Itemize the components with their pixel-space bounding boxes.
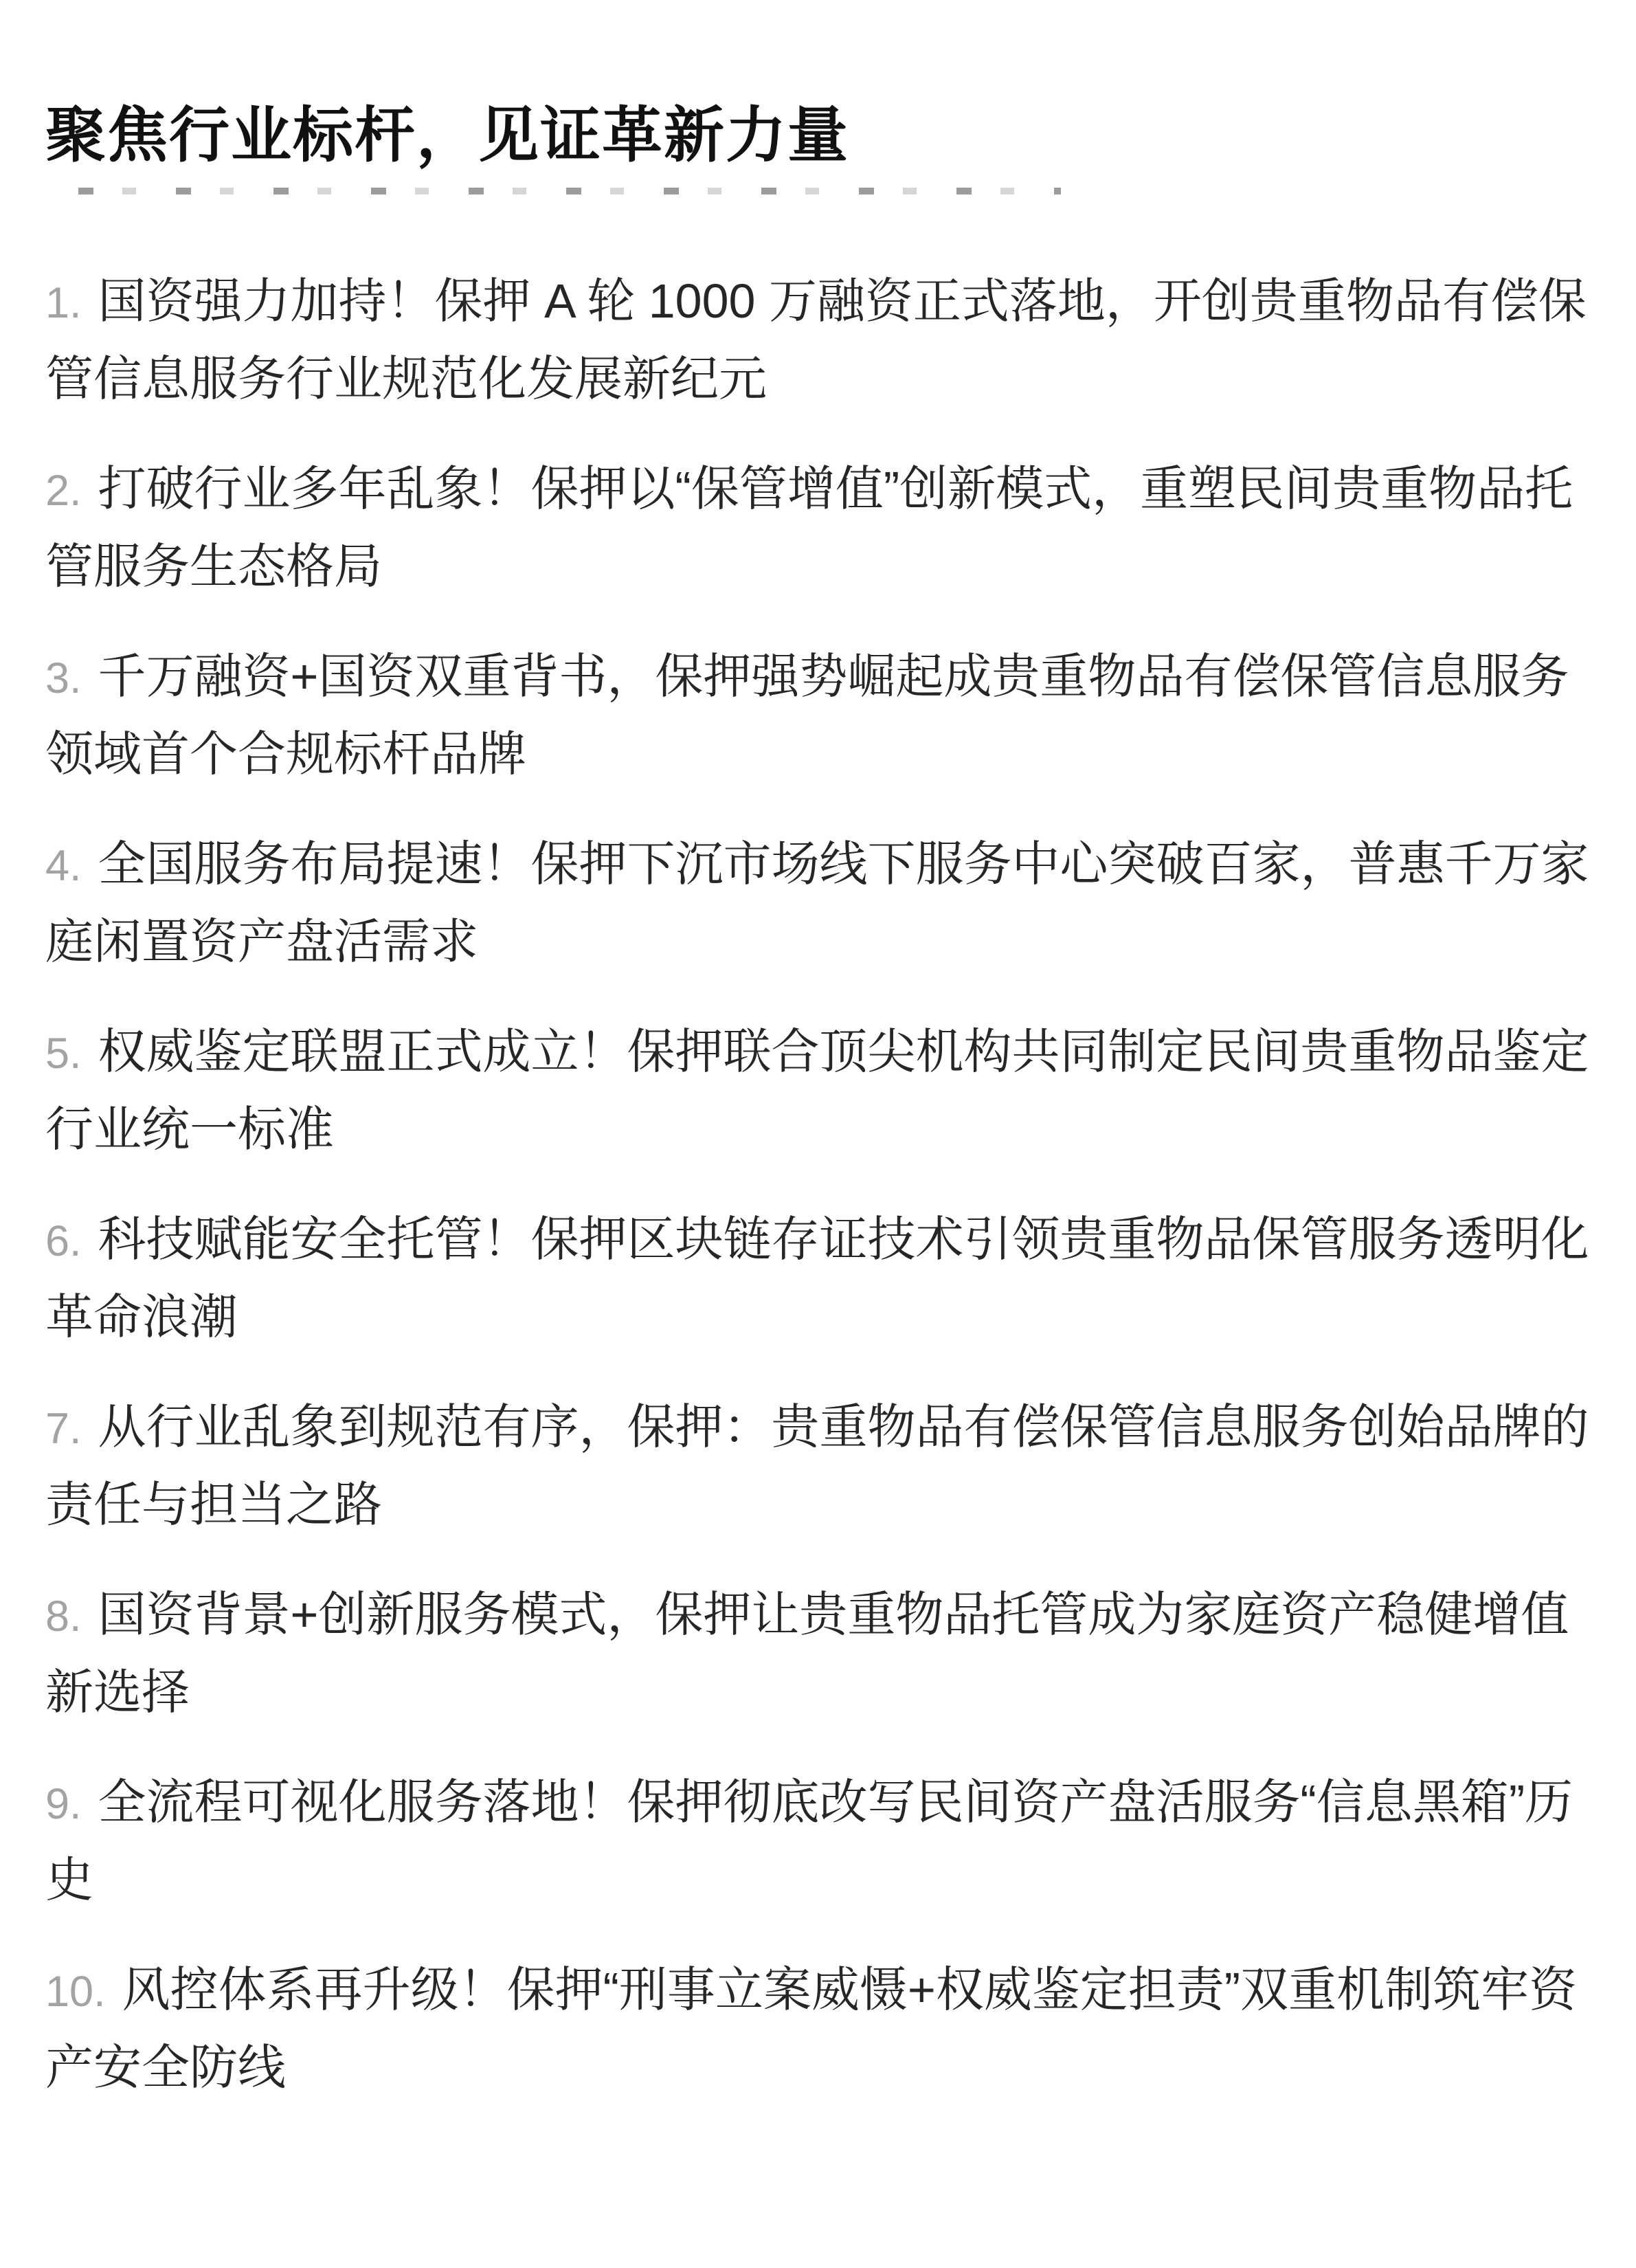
headline-list: 1.国资强力加持！保押 A 轮 1000 万融资正式落地，开创贵重物品有偿保管信… — [45, 263, 1595, 2105]
item-text: 千万融资+国资双重背书，保押强势崛起成贵重物品有偿保管信息服务领域首个合规标杆品… — [45, 649, 1569, 781]
item-text: 全流程可视化服务落地！保押彻底改写民间资产盘活服务“信息黑箱”历史 — [45, 1775, 1573, 1906]
item-number: 1. — [45, 279, 82, 327]
list-item: 2.打破行业多年乱象！保押以“保管增值”创新模式，重塑民间贵重物品托管服务生态格… — [45, 451, 1595, 604]
list-item: 10.风控体系再升级！保押“刑事立案威慑+权威鉴定担责”双重机制筑牢资产安全防线 — [45, 1952, 1595, 2105]
item-text: 权威鉴定联盟正式成立！保押联合顶尖机构共同制定民间贵重物品鉴定行业统一标准 — [45, 1025, 1589, 1156]
item-number: 2. — [45, 467, 82, 515]
item-number: 5. — [45, 1030, 82, 1078]
list-item: 3.千万融资+国资双重背书，保押强势崛起成贵重物品有偿保管信息服务领域首个合规标… — [45, 638, 1595, 792]
item-text: 国资强力加持！保押 A 轮 1000 万融资正式落地，开创贵重物品有偿保管信息服… — [45, 274, 1587, 405]
item-number: 9. — [45, 1780, 82, 1828]
item-text: 科技赋能安全托管！保押区块链存证技术引领贵重物品保管服务透明化革命浪潮 — [45, 1212, 1589, 1344]
item-number: 7. — [45, 1405, 82, 1453]
list-item: 1.国资强力加持！保押 A 轮 1000 万融资正式落地，开创贵重物品有偿保管信… — [45, 263, 1595, 416]
list-item: 9.全流程可视化服务落地！保押彻底改写民间资产盘活服务“信息黑箱”历史 — [45, 1764, 1595, 1917]
clipped-text-remnant — [78, 188, 1061, 194]
item-number: 6. — [45, 1217, 82, 1265]
item-text: 全国服务布局提速！保押下沉市场线下服务中心突破百家，普惠千万家庭闲置资产盘活需求 — [45, 837, 1589, 968]
page-title: 聚焦行业标杆，见证革新力量 — [45, 100, 1595, 170]
list-item: 7.从行业乱象到规范有序，保押：贵重物品有偿保管信息服务创始品牌的责任与担当之路 — [45, 1389, 1595, 1542]
list-item: 6.科技赋能安全托管！保押区块链存证技术引领贵重物品保管服务透明化革命浪潮 — [45, 1201, 1595, 1355]
list-item: 5.权威鉴定联盟正式成立！保押联合顶尖机构共同制定民间贵重物品鉴定行业统一标准 — [45, 1014, 1595, 1167]
list-item: 8.国资背景+创新服务模式，保押让贵重物品托管成为家庭资产稳健增值新选择 — [45, 1577, 1595, 1730]
item-number: 4. — [45, 842, 82, 890]
item-number: 8. — [45, 1592, 82, 1641]
item-number: 10. — [45, 1968, 106, 2016]
item-text: 打破行业多年乱象！保押以“保管增值”创新模式，重塑民间贵重物品托管服务生态格局 — [45, 462, 1573, 593]
list-item: 4.全国服务布局提速！保押下沉市场线下服务中心突破百家，普惠千万家庭闲置资产盘活… — [45, 826, 1595, 979]
item-text: 风控体系再升级！保押“刑事立案威慑+权威鉴定担责”双重机制筑牢资产安全防线 — [45, 1963, 1577, 2094]
item-text: 国资背景+创新服务模式，保押让贵重物品托管成为家庭资产稳健增值新选择 — [45, 1588, 1569, 1719]
item-number: 3. — [45, 654, 82, 702]
document-page: 聚焦行业标杆，见证革新力量 1.国资强力加持！保押 A 轮 1000 万融资正式… — [0, 0, 1636, 2268]
item-text: 从行业乱象到规范有序，保押：贵重物品有偿保管信息服务创始品牌的责任与担当之路 — [45, 1400, 1589, 1531]
